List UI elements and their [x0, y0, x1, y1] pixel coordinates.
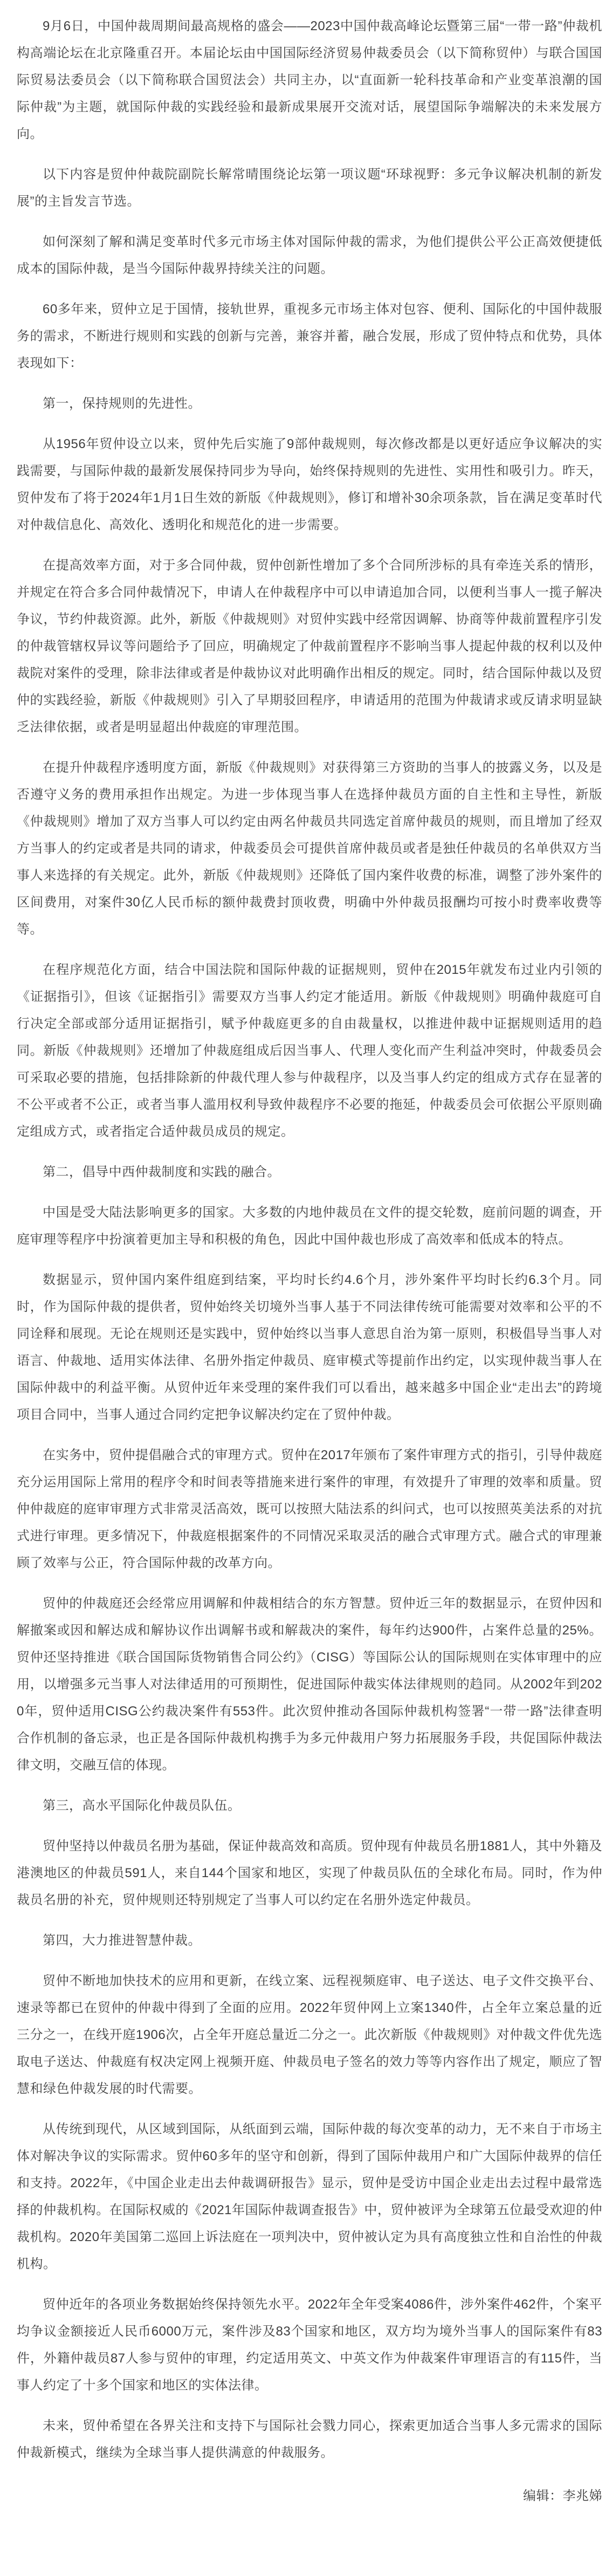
paragraph: 未来，贸仲希望在各界关注和支持下与国际社会戮力同心，探索更加适合当事人多元需求的…	[17, 2413, 602, 2467]
editor-credit: 编辑：李兆娣	[17, 2483, 602, 2510]
paragraph: 从传统到现代，从区域到国际，从纸面到云端，国际仲裁的每次变革的动力，无不来自于市…	[17, 2116, 602, 2278]
paragraph: 以下内容是贸仲仲裁院副院长解常晴围绕论坛第一项议题“环球视野：多元争议解决机制的…	[17, 161, 602, 215]
paragraph: 贸仲的仲裁庭还会经常应用调解和仲裁相结合的东方智慧。贸仲近三年的数据显示，在贸仲…	[17, 1590, 602, 1779]
paragraph: 贸仲坚持以仲裁员名册为基础，保证仲裁高效和高质。贸仲现有仲裁员名册1881人，其…	[17, 1833, 602, 1914]
paragraph: 从1956年贸仲设立以来，贸仲先后实施了9部仲裁规则，每次修改都是以更好适应争议…	[17, 431, 602, 539]
paragraph: 在提高效率方面，对于多合同仲裁，贸仲创新性增加了多个合同所涉标的具有牵连关系的情…	[17, 552, 602, 741]
paragraph: 在实务中，贸仲提倡融合式的审理方式。贸仲在2017年颁布了案件审理方式的指引，引…	[17, 1442, 602, 1577]
section-heading-1: 第一，保持规则的先进性。	[17, 390, 602, 417]
paragraph: 在提升仲裁程序透明度方面，新版《仲裁规则》对获得第三方资助的当事人的披露义务，以…	[17, 754, 602, 943]
paragraph: 贸仲近年的各项业务数据始终保持领先水平。2022年全年受案4086件，涉外案件4…	[17, 2291, 602, 2399]
section-heading-2: 第二，倡导中西仲裁制度和实践的融合。	[17, 1159, 602, 1186]
section-heading-3: 第三，高水平国际化仲裁员队伍。	[17, 1792, 602, 1819]
paragraph: 在程序规范化方面，结合中国法院和国际仲裁的证据规则，贸仲在2015年就发布过业内…	[17, 957, 602, 1145]
section-heading-4: 第四，大力推进智慧仲裁。	[17, 1927, 602, 1954]
paragraph: 中国是受大陆法影响更多的国家。大多数的内地仲裁员在文件的提交轮数，庭前问题的调查…	[17, 1199, 602, 1253]
paragraph: 9月6日，中国仲裁周期间最高规格的盛会——2023中国仲裁高峰论坛暨第三届“一带…	[17, 13, 602, 148]
paragraph: 贸仲不断地加快技术的应用和更新，在线立案、远程视频庭审、电子送达、电子文件交换平…	[17, 1968, 602, 2103]
paragraph: 60多年来，贸仲立足于国情，接轨世界，重视多元市场主体对包容、便利、国际化的中国…	[17, 296, 602, 377]
paragraph: 数据显示，贸仲国内案件组庭到结案，平均时长约4.6个月，涉外案件平均时长约6.3…	[17, 1267, 602, 1428]
article-body: 9月6日，中国仲裁周期间最高规格的盛会——2023中国仲裁高峰论坛暨第三届“一带…	[0, 0, 612, 2520]
paragraph: 如何深刻了解和满足变革时代多元市场主体对国际仲裁的需求，为他们提供公平公正高效便…	[17, 229, 602, 283]
